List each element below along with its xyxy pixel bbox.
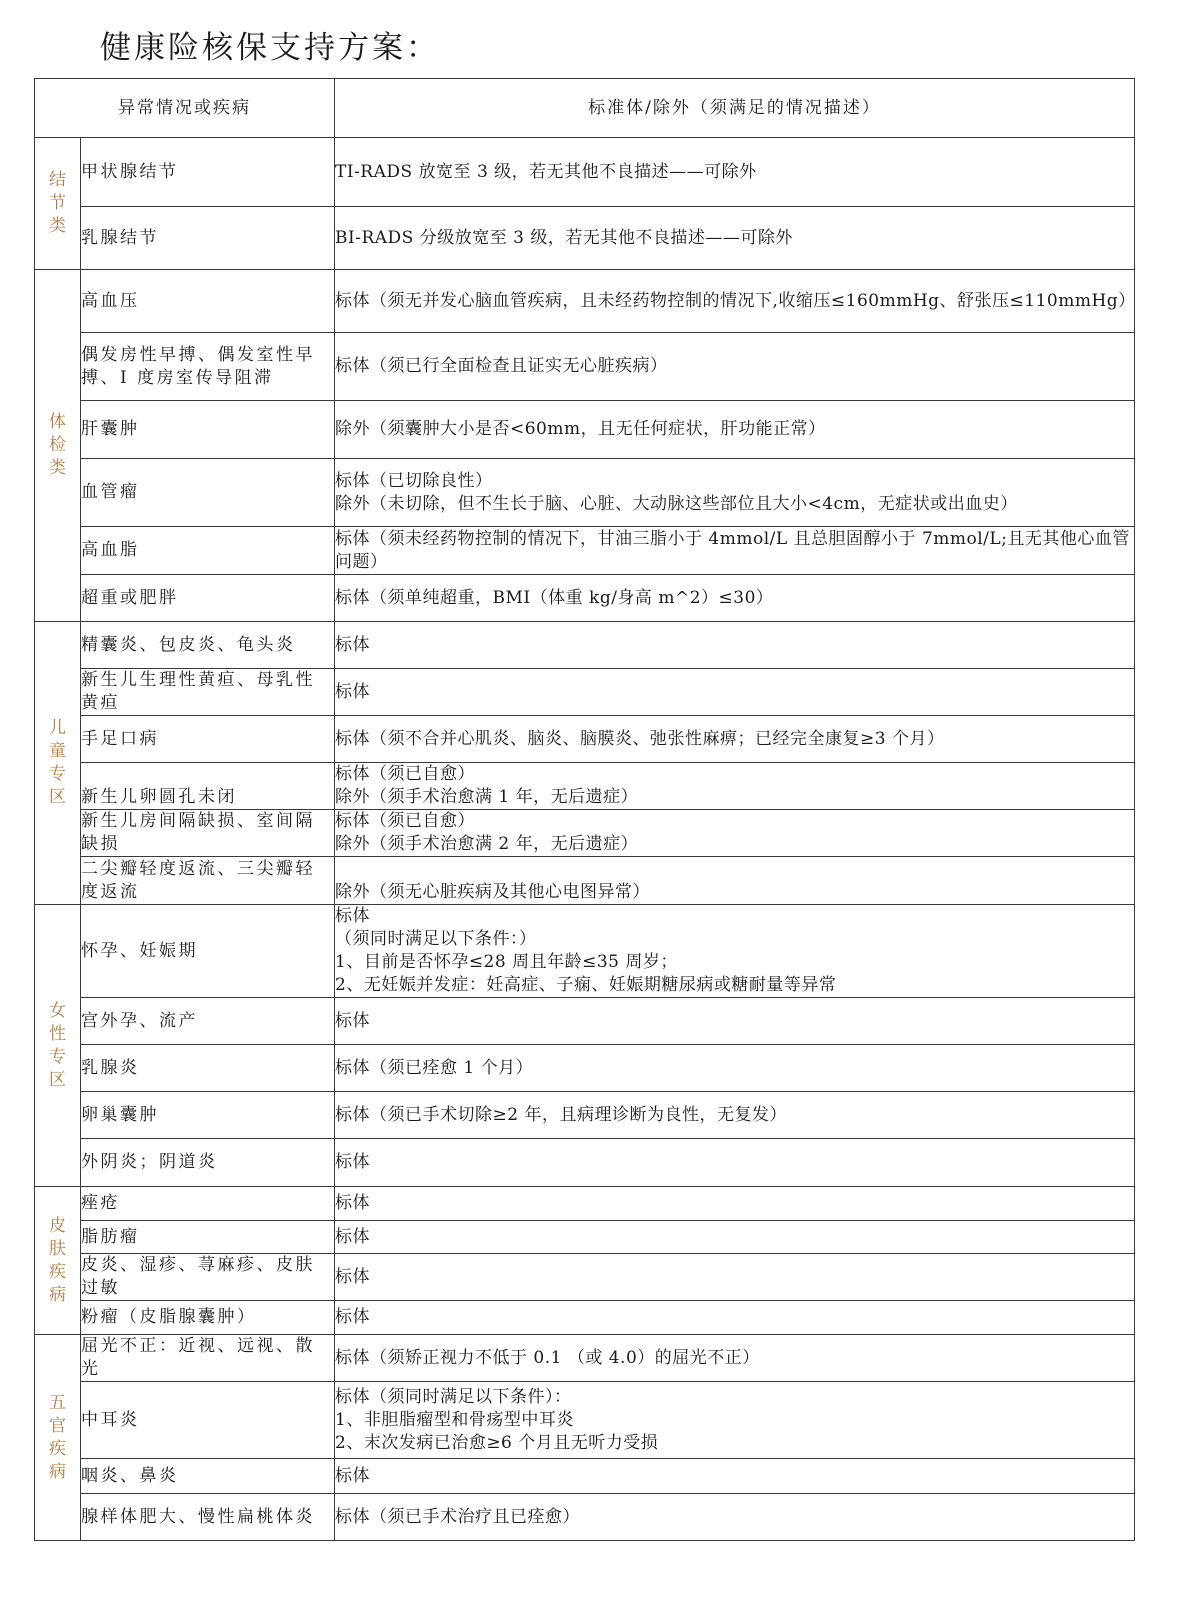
requirement-cell: 标体 （须同时满足以下条件：） 1、目前是否怀孕≤28 周且年龄≤35 周岁； …	[335, 905, 1135, 998]
condition-cell: 皮炎、湿疹、荨麻疹、皮肤过敏	[81, 1254, 335, 1301]
condition-cell: 中耳炎	[81, 1382, 335, 1459]
condition-cell: 痤疮	[81, 1187, 335, 1221]
table-row: 宫外孕、流产 标体	[35, 998, 1135, 1045]
table-row: 结节类 甲状腺结节 TI-RADS 放宽至 3 级，若无其他不良描述——可除外	[35, 138, 1135, 207]
category-children: 儿童专区	[35, 622, 81, 905]
category-char: 病	[35, 1461, 80, 1484]
requirement-cell: 标体	[335, 998, 1135, 1045]
table-row: 脂肪瘤 标体	[35, 1221, 1135, 1254]
category-char: 区	[35, 786, 80, 809]
category-char: 病	[35, 1284, 80, 1307]
table-row: 血管瘤 标体（已切除良性） 除外（未切除，但不生长于脑、心脏、大动脉这些部位且大…	[35, 459, 1135, 527]
category-char: 女	[35, 1000, 80, 1023]
table-row: 乳腺炎 标体（须已痊愈 1 个月）	[35, 1045, 1135, 1092]
table-row: 体检类 高血压 标体（须无并发心脑血管疾病，且未经药物控制的情况下,收缩压≤16…	[35, 270, 1135, 333]
condition-cell: 精囊炎、包皮炎、龟头炎	[81, 622, 335, 669]
condition-cell: 外阴炎；阴道炎	[81, 1139, 335, 1187]
condition-cell: 咽炎、鼻炎	[81, 1459, 335, 1494]
category-char: 官	[35, 1415, 80, 1438]
table-row: 皮肤疾病 痤疮 标体	[35, 1187, 1135, 1221]
table-row: 儿童专区 精囊炎、包皮炎、龟头炎 标体	[35, 622, 1135, 669]
category-char: 区	[35, 1069, 80, 1092]
category-char: 肤	[35, 1238, 80, 1261]
requirement-cell: 标体（须未经药物控制的情况下，甘油三脂小于 4mmol/L 且总胆固醇小于 7m…	[335, 527, 1135, 575]
table-row: 粉瘤（皮脂腺囊肿） 标体	[35, 1301, 1135, 1335]
condition-cell: 怀孕、妊娠期	[81, 905, 335, 998]
condition-cell: 屈光不正：近视、远视、散光	[81, 1335, 335, 1382]
condition-cell: 甲状腺结节	[81, 138, 335, 207]
requirement-cell: 标体（须已自愈） 除外（须手术治愈满 1 年，无后遗症）	[335, 763, 1135, 810]
requirement-cell: 标体（已切除良性） 除外（未切除，但不生长于脑、心脏、大动脉这些部位且大小<4c…	[335, 459, 1135, 527]
condition-cell: 新生儿卵圆孔未闭	[81, 763, 335, 810]
requirement-cell: 标体（须不合并心肌炎、脑炎、脑膜炎、弛张性麻痹；已经完全康复≥3 个月）	[335, 716, 1135, 763]
requirement-cell: 标体（须已手术治疗且已痊愈）	[335, 1494, 1135, 1541]
category-char: 节	[35, 192, 80, 215]
requirement-cell: 标体	[335, 1187, 1135, 1221]
category-char: 疾	[35, 1438, 80, 1461]
requirement-cell: 标体	[335, 622, 1135, 669]
table-header-row: 异常情况或疾病 标准体/除外（须满足的情况描述）	[35, 79, 1135, 138]
condition-cell: 乳腺炎	[81, 1045, 335, 1092]
requirement-cell: 标体	[335, 1459, 1135, 1494]
category-char: 童	[35, 740, 80, 763]
condition-cell: 宫外孕、流产	[81, 998, 335, 1045]
table-row: 偶发房性早搏、偶发室性早搏、I 度房室传导阻滞 标体（须已行全面检查且证实无心脏…	[35, 333, 1135, 401]
table-row: 中耳炎 标体（须同时满足以下条件）： 1、非胆脂瘤型和骨疡型中耳炎 2、末次发病…	[35, 1382, 1135, 1459]
table-row: 超重或肥胖 标体（须单纯超重，BMI（体重 kg/身高 m^2）≤30）	[35, 575, 1135, 622]
table-row: 乳腺结节 BI-RADS 分级放宽至 3 级，若无其他不良描述——可除外	[35, 207, 1135, 270]
page-title: 健康险核保支持方案：	[100, 22, 440, 67]
requirement-cell: 除外（须无心脏疾病及其他心电图异常）	[335, 857, 1135, 905]
requirement-cell: 标体（须已行全面检查且证实无心脏疾病）	[335, 333, 1135, 401]
condition-cell: 超重或肥胖	[81, 575, 335, 622]
condition-cell: 新生儿生理性黄疸、母乳性黄疸	[81, 669, 335, 716]
category-char: 皮	[35, 1215, 80, 1238]
requirement-cell: 标体（须矫正视力不低于 0.1 （或 4.0）的屈光不正）	[335, 1335, 1135, 1382]
table-row: 手足口病 标体（须不合并心肌炎、脑炎、脑膜炎、弛张性麻痹；已经完全康复≥3 个月…	[35, 716, 1135, 763]
category-checkup: 体检类	[35, 270, 81, 622]
table-row: 五官疾病 屈光不正：近视、远视、散光 标体（须矫正视力不低于 0.1 （或 4.…	[35, 1335, 1135, 1382]
header-requirement: 标准体/除外（须满足的情况描述）	[335, 79, 1135, 138]
table-row: 二尖瓣轻度返流、三尖瓣轻度返流 除外（须无心脏疾病及其他心电图异常）	[35, 857, 1135, 905]
category-char: 结	[35, 169, 80, 192]
category-char: 五	[35, 1392, 80, 1415]
category-char: 类	[35, 215, 80, 238]
table-row: 外阴炎；阴道炎 标体	[35, 1139, 1135, 1187]
category-nodules: 结节类	[35, 138, 81, 270]
category-char: 专	[35, 763, 80, 786]
requirement-cell: 标体（须已手术切除≥2 年，且病理诊断为良性，无复发）	[335, 1092, 1135, 1139]
category-women: 女性专区	[35, 905, 81, 1187]
condition-cell: 腺样体肥大、慢性扁桃体炎	[81, 1494, 335, 1541]
condition-cell: 卵巢囊肿	[81, 1092, 335, 1139]
category-char: 儿	[35, 717, 80, 740]
condition-cell: 偶发房性早搏、偶发室性早搏、I 度房室传导阻滞	[81, 333, 335, 401]
underwriting-table: 异常情况或疾病 标准体/除外（须满足的情况描述） 结节类 甲状腺结节 TI-RA…	[34, 78, 1135, 1541]
category-char: 专	[35, 1046, 80, 1069]
condition-cell: 手足口病	[81, 716, 335, 763]
requirement-cell: 标体	[335, 1254, 1135, 1301]
category-char: 检	[35, 434, 80, 457]
condition-cell: 肝囊肿	[81, 401, 335, 459]
requirement-cell: TI-RADS 放宽至 3 级，若无其他不良描述——可除外	[335, 138, 1135, 207]
category-char: 性	[35, 1023, 80, 1046]
category-char: 体	[35, 411, 80, 434]
category-skin: 皮肤疾病	[35, 1187, 81, 1335]
requirement-cell: 标体（须同时满足以下条件）： 1、非胆脂瘤型和骨疡型中耳炎 2、末次发病已治愈≥…	[335, 1382, 1135, 1459]
requirement-cell: BI-RADS 分级放宽至 3 级，若无其他不良描述——可除外	[335, 207, 1135, 270]
condition-cell: 血管瘤	[81, 459, 335, 527]
table-row: 皮炎、湿疹、荨麻疹、皮肤过敏 标体	[35, 1254, 1135, 1301]
requirement-cell: 标体	[335, 1301, 1135, 1335]
category-char: 类	[35, 457, 80, 480]
table-row: 高血脂 标体（须未经药物控制的情况下，甘油三脂小于 4mmol/L 且总胆固醇小…	[35, 527, 1135, 575]
condition-cell: 高血脂	[81, 527, 335, 575]
condition-cell: 高血压	[81, 270, 335, 333]
category-ent-eye: 五官疾病	[35, 1335, 81, 1541]
table-row: 卵巢囊肿 标体（须已手术切除≥2 年，且病理诊断为良性，无复发）	[35, 1092, 1135, 1139]
condition-cell: 二尖瓣轻度返流、三尖瓣轻度返流	[81, 857, 335, 905]
table-row: 女性专区 怀孕、妊娠期 标体 （须同时满足以下条件：） 1、目前是否怀孕≤28 …	[35, 905, 1135, 998]
requirement-cell: 标体（须无并发心脑血管疾病，且未经药物控制的情况下,收缩压≤160mmHg、舒张…	[335, 270, 1135, 333]
requirement-cell: 标体（须单纯超重，BMI（体重 kg/身高 m^2）≤30）	[335, 575, 1135, 622]
requirement-cell: 除外（须囊肿大小是否<60mm，且无任何症状，肝功能正常）	[335, 401, 1135, 459]
condition-cell: 新生儿房间隔缺损、室间隔缺损	[81, 810, 335, 857]
table-row: 新生儿卵圆孔未闭 标体（须已自愈） 除外（须手术治愈满 1 年，无后遗症）	[35, 763, 1135, 810]
requirement-cell: 标体	[335, 669, 1135, 716]
requirement-cell: 标体	[335, 1221, 1135, 1254]
condition-cell: 脂肪瘤	[81, 1221, 335, 1254]
table-row: 新生儿生理性黄疸、母乳性黄疸 标体	[35, 669, 1135, 716]
condition-cell: 乳腺结节	[81, 207, 335, 270]
category-char: 疾	[35, 1261, 80, 1284]
table-row: 咽炎、鼻炎 标体	[35, 1459, 1135, 1494]
table-row: 肝囊肿 除外（须囊肿大小是否<60mm，且无任何症状，肝功能正常）	[35, 401, 1135, 459]
header-condition: 异常情况或疾病	[35, 79, 335, 138]
requirement-cell: 标体	[335, 1139, 1135, 1187]
table-row: 新生儿房间隔缺损、室间隔缺损 标体（须已自愈） 除外（须手术治愈满 2 年，无后…	[35, 810, 1135, 857]
table-row: 腺样体肥大、慢性扁桃体炎 标体（须已手术治疗且已痊愈）	[35, 1494, 1135, 1541]
requirement-cell: 标体（须已自愈） 除外（须手术治愈满 2 年，无后遗症）	[335, 810, 1135, 857]
requirement-cell: 标体（须已痊愈 1 个月）	[335, 1045, 1135, 1092]
condition-cell: 粉瘤（皮脂腺囊肿）	[81, 1301, 335, 1335]
